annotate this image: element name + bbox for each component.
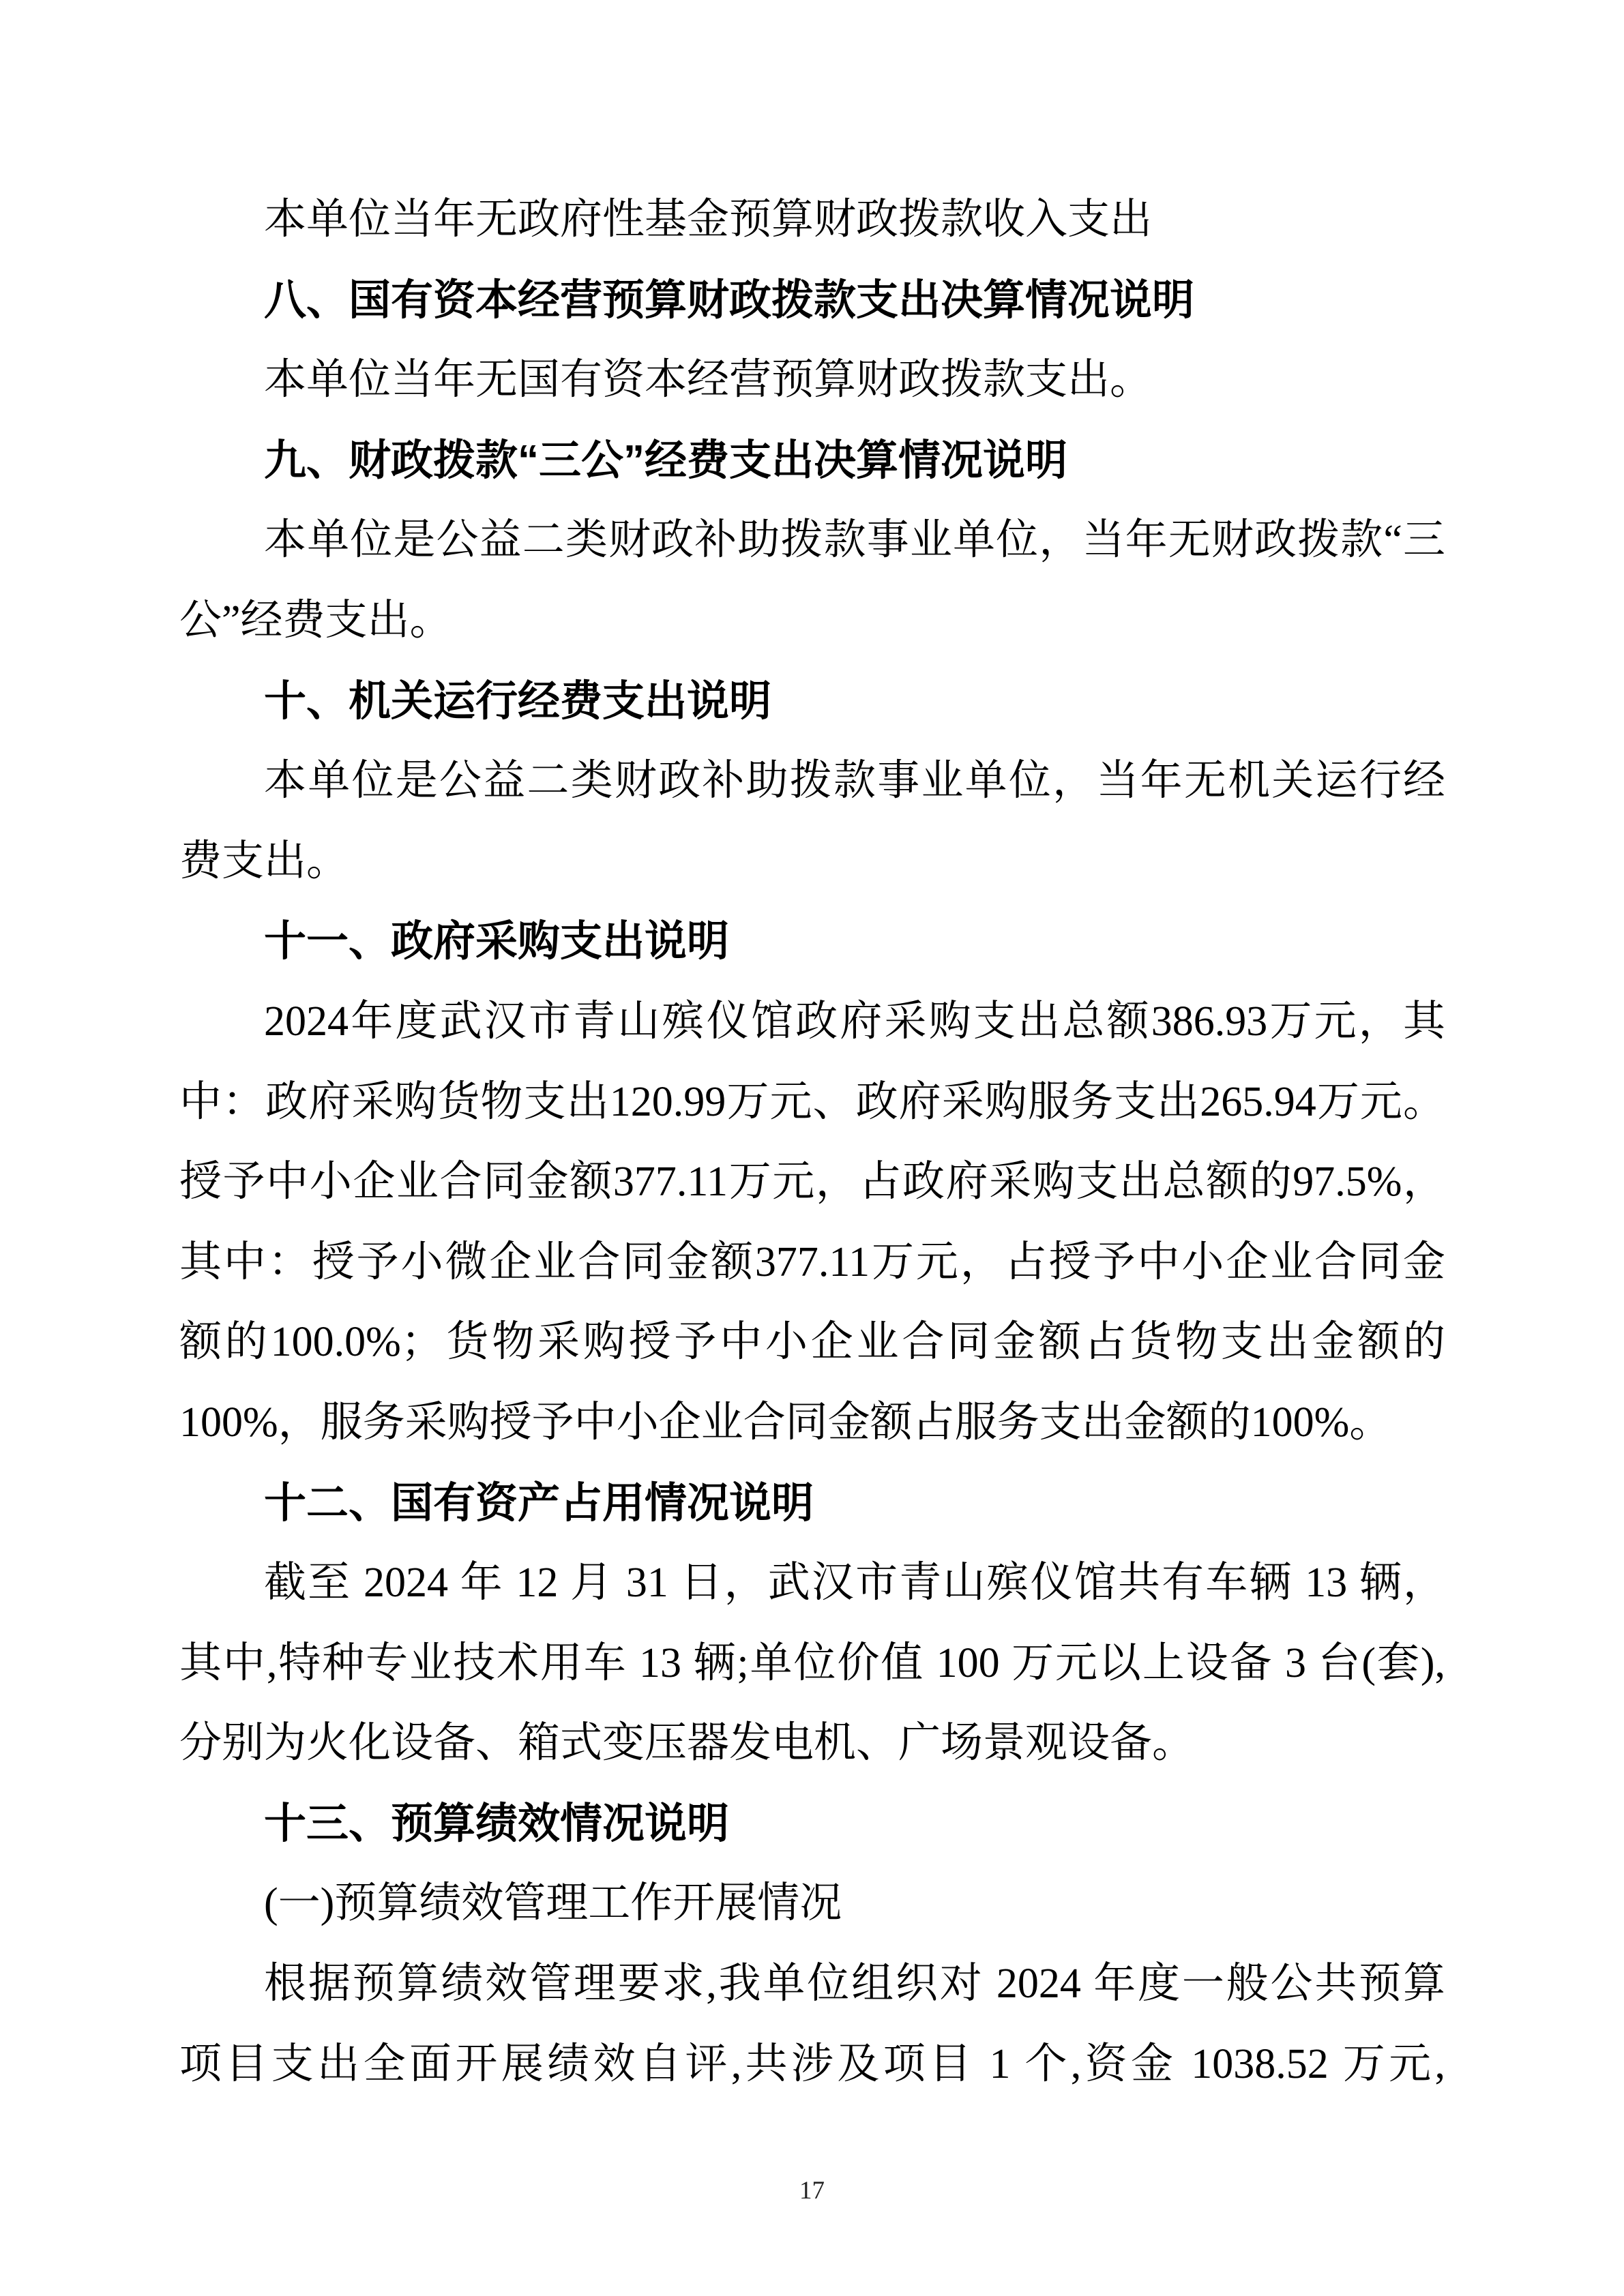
document-page: 本单位当年无政府性基金预算财政拨款收入支出 八、国有资本经营预算财政拨款支出决算…	[0, 0, 1624, 2296]
page-number: 17	[0, 2174, 1624, 2208]
body-line: 截至 2024 年 12 月 31 日，武汉市青山殡仪馆共有车辆 13 辆，	[179, 1543, 1445, 1624]
body-line: 100%，服务采购授予中小企业合同金额占服务支出金额的100%。	[179, 1383, 1445, 1463]
body-line: 其中,特种专业技术用车 13 辆;单位价值 100 万元以上设备 3 台(套),	[179, 1624, 1445, 1704]
body-line: 授予中小企业合同金额377.11万元，占政府采购支出总额的97.5%，	[179, 1142, 1445, 1223]
body-line: 2024年度武汉市青山殡仪馆政府采购支出总额386.93万元，其	[179, 982, 1445, 1062]
section-heading: 十二、国有资产占用情况说明	[179, 1463, 1445, 1544]
section-heading: 十三、预算绩效情况说明	[179, 1784, 1445, 1864]
body-line: 公”经费支出。	[179, 581, 1445, 661]
body-line: 本单位当年无政府性基金预算财政拨款收入支出	[179, 180, 1445, 260]
body-line: 项目支出全面开展绩效自评,共涉及项目 1 个,资金 1038.52 万元,	[179, 2025, 1445, 2105]
body-line: 本单位是公益二类财政补助拨款事业单位，当年无财政拨款“三	[179, 501, 1445, 581]
body-line: 根据预算绩效管理要求,我单位组织对 2024 年度一般公共预算	[179, 1944, 1445, 2025]
section-heading: 十、机关运行经费支出说明	[179, 661, 1445, 742]
body-line: 分别为火化设备、箱式变压器发电机、广场景观设备。	[179, 1703, 1445, 1784]
body-line: 本单位当年无国有资本经营预算财政拨款支出。	[179, 340, 1445, 421]
sub-heading: (一)预算绩效管理工作开展情况	[179, 1864, 1445, 1944]
section-heading: 九、财政拨款“三公”经费支出决算情况说明	[179, 421, 1445, 501]
body-line: 费支出。	[179, 822, 1445, 902]
body-line: 额的100.0%；货物采购授予中小企业合同金额占货物支出金额的	[179, 1302, 1445, 1383]
body-line: 本单位是公益二类财政补助拨款事业单位，当年无机关运行经	[179, 741, 1445, 822]
section-heading: 八、国有资本经营预算财政拨款支出决算情况说明	[179, 260, 1445, 341]
body-line: 中：政府采购货物支出120.99万元、政府采购服务支出265.94万元。	[179, 1062, 1445, 1143]
body-line: 其中：授予小微企业合同金额377.11万元，占授予中小企业合同金	[179, 1223, 1445, 1303]
document-body: 本单位当年无政府性基金预算财政拨款收入支出 八、国有资本经营预算财政拨款支出决算…	[179, 180, 1445, 2104]
section-heading: 十一、政府采购支出说明	[179, 901, 1445, 982]
